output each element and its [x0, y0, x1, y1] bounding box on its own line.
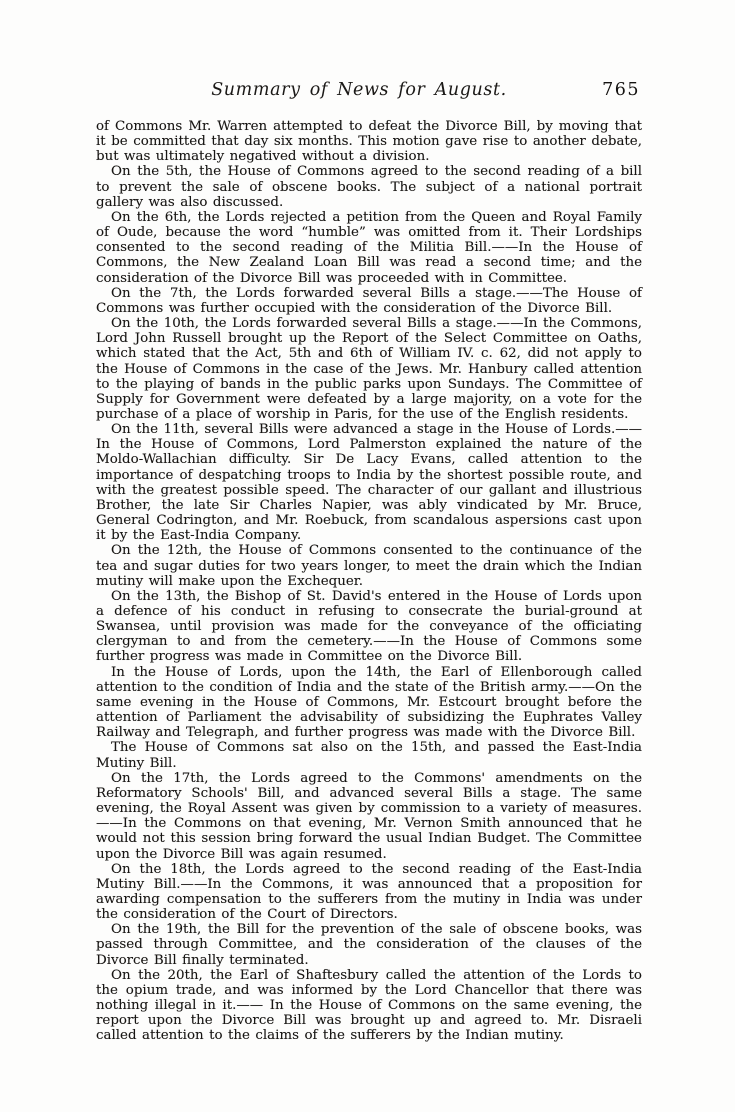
paragraph: On the 19th, the Bill for the prevention…: [96, 922, 642, 967]
page-number: 765: [602, 80, 640, 100]
paragraph: On the 17th, the Lords agreed to the Com…: [96, 771, 642, 862]
paragraph: On the 20th, the Earl of Shaftesbury cal…: [96, 968, 642, 1044]
page-body: of Commons Mr. Warren attempted to defea…: [96, 119, 642, 1044]
paragraph: On the 5th, the House of Commons agreed …: [96, 164, 642, 209]
running-header: Summary of News for August. 765: [96, 80, 642, 102]
paragraph: The House of Commons sat also on the 15t…: [96, 740, 642, 770]
paragraph: On the 18th, the Lords agreed to the sec…: [96, 862, 642, 923]
paragraph: On the 6th, the Lords rejected a petitio…: [96, 210, 642, 286]
paragraph: In the House of Lords, upon the 14th, th…: [96, 665, 642, 741]
paragraph: On the 12th, the House of Commons consen…: [96, 543, 642, 588]
paragraph: On the 10th, the Lords forwarded several…: [96, 316, 642, 422]
paragraph: On the 7th, the Lords forwarded several …: [96, 286, 642, 316]
paragraph: of Commons Mr. Warren attempted to defea…: [96, 119, 642, 164]
page-header-title: Summary of News for August.: [211, 80, 507, 100]
paragraph: On the 11th, several Bills were advanced…: [96, 422, 642, 543]
text-column: Summary of News for August. 765 of Commo…: [96, 80, 642, 1044]
scanned-page: Summary of News for August. 765 of Commo…: [0, 0, 735, 1112]
paragraph: On the 13th, the Bishop of St. David's e…: [96, 589, 642, 665]
